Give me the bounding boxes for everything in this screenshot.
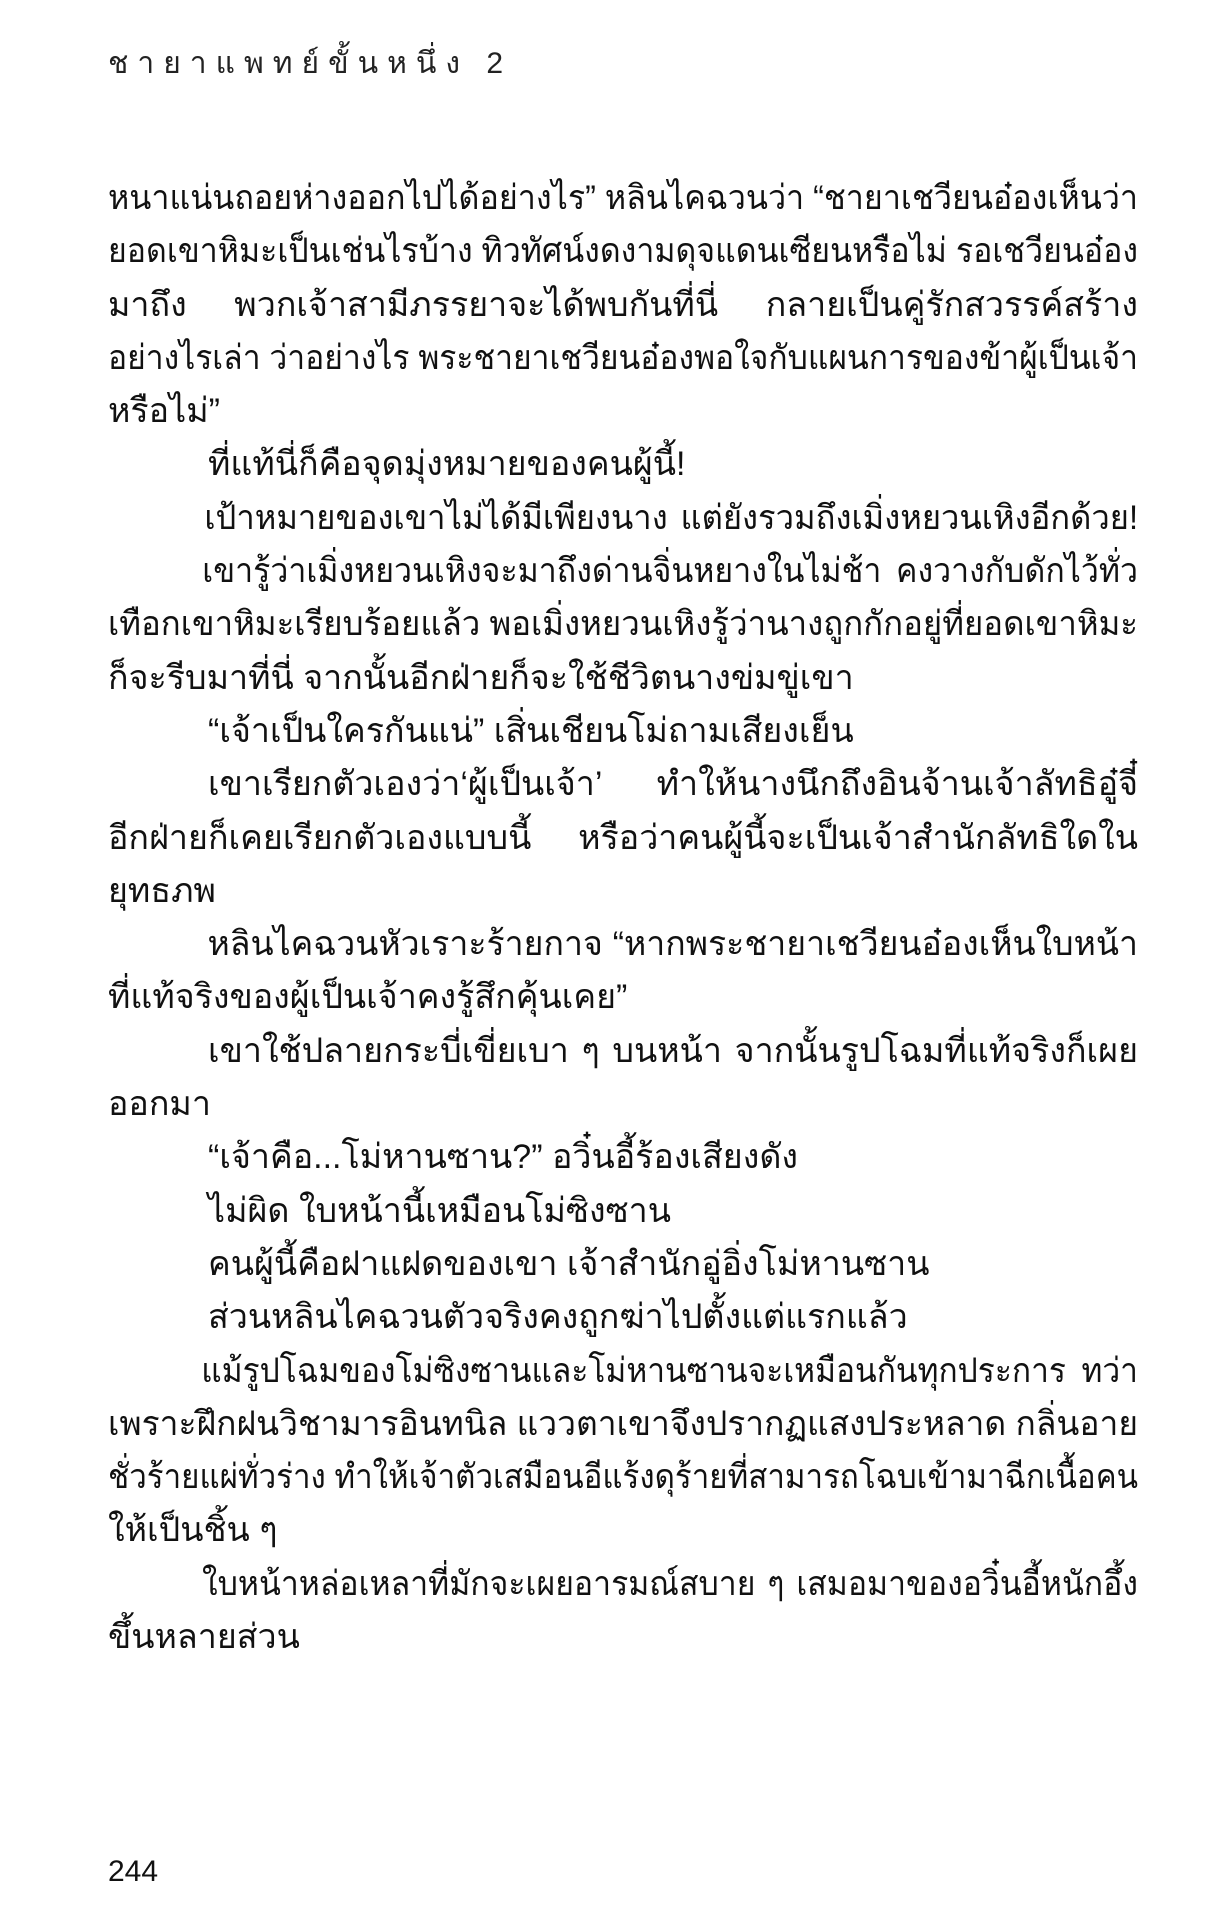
text-line: ขึ้นหลายส่วน — [108, 1611, 1138, 1664]
text-line: ยุทธภพ — [108, 865, 1138, 918]
text-line: ที่แท้นี่ก็คือจุดมุ่งหมายของคนผู้นี้! — [108, 438, 1138, 491]
text-line: “เจ้าเป็นใครกันแน่” เสิ่นเชียนโม่ถามเสีย… — [108, 705, 1138, 758]
running-header-title: ชายาแพทย์ขั้นหนึ่ง 2 — [108, 40, 512, 87]
text-line: ส่วนหลินไคฉวนตัวจริงคงถูกฆ่าไปตั้งแต่แรก… — [108, 1291, 1138, 1344]
text-line: เขาเรียกตัวเองว่า‘ผู้เป็นเจ้า’ ทำให้นางน… — [108, 758, 1138, 811]
text-line: หรือไม่” — [108, 385, 1138, 438]
text-line: หนาแน่นถอยห่างออกไปได้อย่างไร” หลินไคฉวน… — [108, 172, 1138, 225]
text-line: แม้รูปโฉมของโม่ซิงซานและโม่หานซานจะเหมือ… — [108, 1345, 1138, 1398]
text-line: เขาใช้ปลายกระบี่เขี่ยเบา ๆ บนหน้า จากนั้… — [108, 1025, 1138, 1078]
text-line: หลินไคฉวนหัวเราะร้ายกาจ “หากพระชายาเชวีย… — [108, 918, 1138, 971]
text-line: ที่แท้จริงของผู้เป็นเจ้าคงรู้สึกคุ้นเคย” — [108, 971, 1138, 1024]
page-number: 244 — [108, 1855, 158, 1889]
page-body: หนาแน่นถอยห่างออกไปได้อย่างไร” หลินไคฉวน… — [108, 172, 1138, 1664]
text-line: ให้เป็นชิ้น ๆ — [108, 1504, 1138, 1557]
text-line: มาถึง พวกเจ้าสามีภรรยาจะได้พบกันที่นี่ ก… — [108, 279, 1138, 332]
text-line: ชั่วร้ายแผ่ทั่วร่าง ทำให้เจ้าตัวเสมือนอี… — [108, 1451, 1138, 1504]
text-line: ใบหน้าหล่อเหลาที่มักจะเผยอารมณ์สบาย ๆ เส… — [108, 1558, 1138, 1611]
text-line: ยอดเขาหิมะเป็นเช่นไรบ้าง ทิวทัศน์งดงามดุ… — [108, 225, 1138, 278]
text-line: เพราะฝึกฝนวิชามารอินทนิล แววตาเขาจึงปราก… — [108, 1398, 1138, 1451]
text-line: ก็จะรีบมาที่นี่ จากนั้นอีกฝ่ายก็จะใช้ชีว… — [108, 652, 1138, 705]
text-line: เขารู้ว่าเมิ่งหยวนเหิงจะมาถึงด่านจิ่นหยา… — [108, 545, 1138, 598]
text-line: ออกมา — [108, 1078, 1138, 1131]
text-line: อีกฝ่ายก็เคยเรียกตัวเองแบบนี้ หรือว่าคนผ… — [108, 812, 1138, 865]
text-line: คนผู้นี้คือฝาแฝดของเขา เจ้าสำนักอู่อิ่งโ… — [108, 1238, 1138, 1291]
text-line: เทือกเขาหิมะเรียบร้อยแล้ว พอเมิ่งหยวนเหิ… — [108, 598, 1138, 651]
text-line: เป้าหมายของเขาไม่ได้มีเพียงนาง แต่ยังรวม… — [108, 492, 1138, 545]
text-line: ไม่ผิด ใบหน้านี้เหมือนโม่ซิงซาน — [108, 1185, 1138, 1238]
text-line: อย่างไรเล่า ว่าอย่างไร พระชายาเชวียนอ๋อง… — [108, 332, 1138, 385]
text-line: “เจ้าคือ...โม่หานซาน?” อวิ๋นอี้ร้องเสียง… — [108, 1131, 1138, 1184]
